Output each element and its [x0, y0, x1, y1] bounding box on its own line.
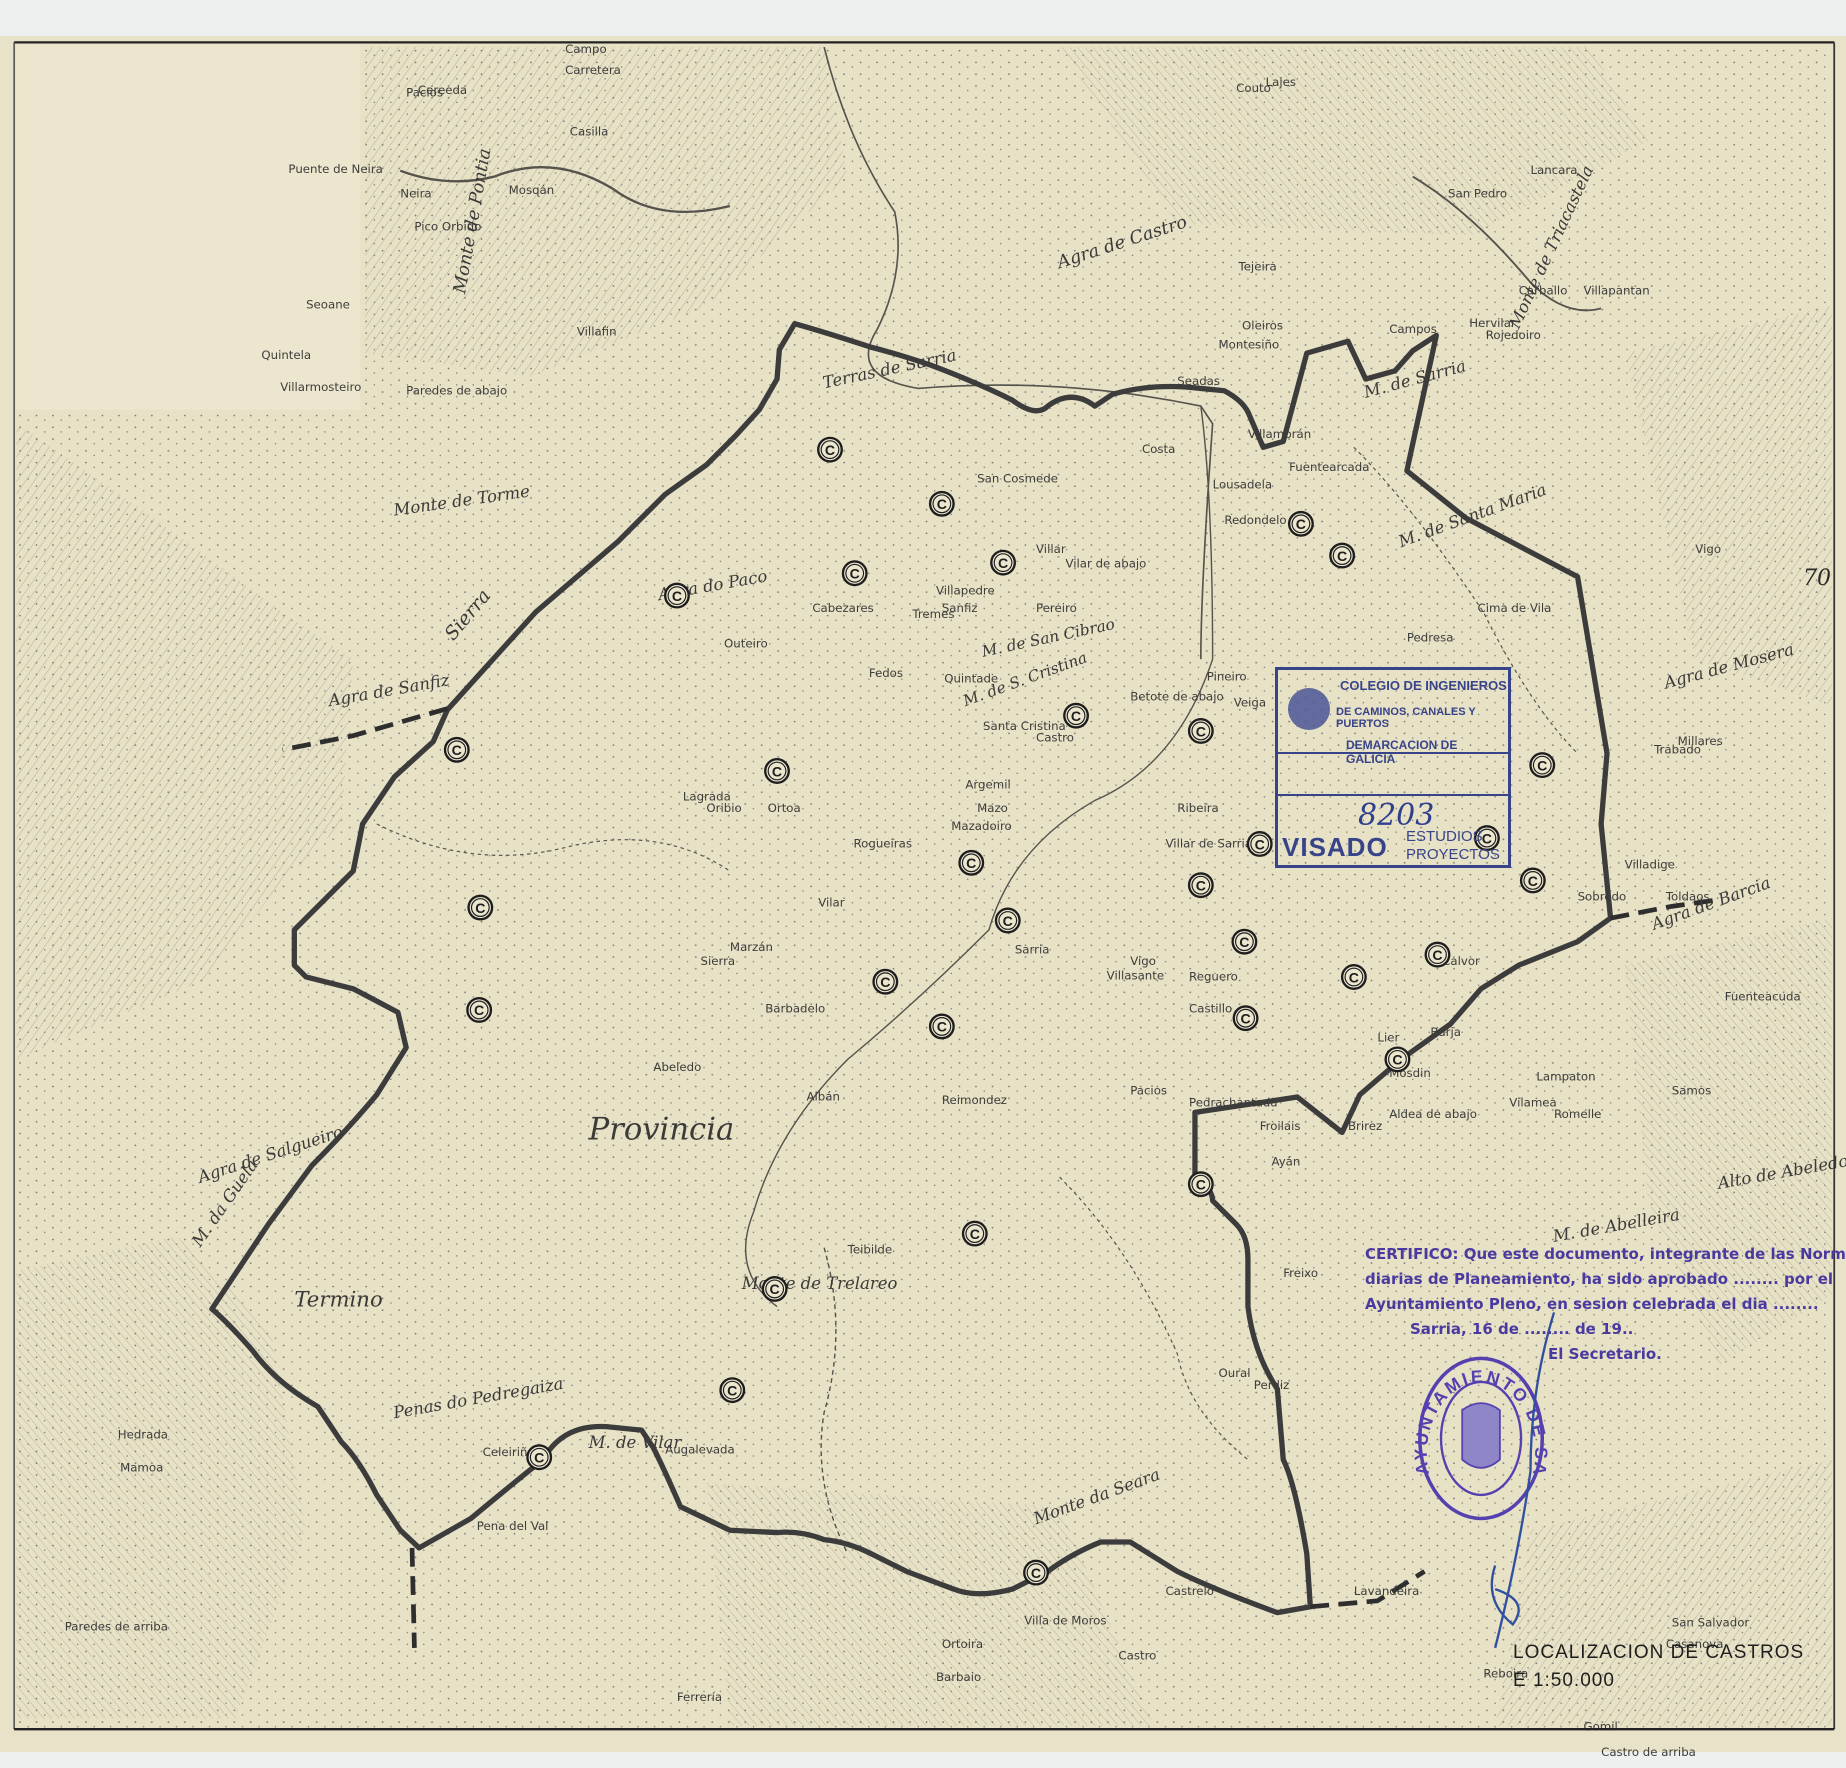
place-name: Millares — [1678, 734, 1723, 748]
certificate-line2: diarias de Planeamiento, ha sido aprobad… — [1365, 1270, 1833, 1288]
svg-text:C: C — [998, 555, 1008, 571]
castro-icon: C — [930, 1015, 954, 1039]
region-label: Provincia — [588, 1112, 735, 1147]
sheet-number: 70 — [1803, 566, 1831, 591]
place-name: Villapantan — [1583, 283, 1649, 297]
place-name: Paredes de abajo — [406, 383, 507, 397]
place-name: Rojedoiro — [1486, 328, 1541, 342]
place-name: Castillo — [1189, 1001, 1232, 1015]
place-name: Pacios — [406, 86, 443, 100]
place-name: Froilais — [1260, 1119, 1301, 1133]
place-name: Seadas — [1177, 374, 1220, 388]
castro-icon: C — [1342, 965, 1366, 989]
place-name: Vigo — [1695, 542, 1721, 556]
svg-text:C: C — [1196, 1176, 1206, 1192]
certificate-line1: CERTIFICO: Que este documento, integrant… — [1365, 1245, 1846, 1263]
place-name: Paredes de arriba — [65, 1619, 168, 1633]
place-name: Redondelo — [1224, 513, 1286, 527]
place-name: Marzán — [730, 940, 773, 954]
place-name: Mazo — [977, 801, 1008, 815]
place-name: Seoane — [306, 297, 350, 311]
place-name: Freixo — [1283, 1266, 1318, 1280]
place-name: San Salvador — [1672, 1616, 1750, 1630]
castro-icon: C — [665, 584, 689, 608]
svg-text:C: C — [1255, 836, 1265, 852]
place-name: Casilla — [570, 124, 609, 138]
coat-of-arms-icon — [1462, 1403, 1500, 1468]
svg-text:C: C — [1003, 913, 1013, 929]
place-name: Carretera — [565, 63, 621, 77]
stamp-line1: COLEGIO DE INGENIEROS — [1340, 678, 1507, 693]
castro-icon: C — [1189, 873, 1213, 897]
place-name: Villambrán — [1248, 427, 1311, 441]
colegio-emblem-icon — [1288, 688, 1330, 730]
place-name: Vilar de abajo — [1065, 556, 1146, 570]
castro-icon: C — [1064, 704, 1088, 728]
place-name: Aldea de abajo — [1389, 1107, 1477, 1121]
place-name: Lampaton — [1536, 1070, 1595, 1084]
castro-icon: C — [1248, 832, 1272, 856]
place-name: Villar de Sarria — [1166, 837, 1252, 851]
castro-icon: C — [874, 970, 898, 994]
castro-icon: C — [721, 1378, 745, 1402]
svg-text:C: C — [452, 742, 462, 758]
place-name: Fedos — [869, 666, 903, 680]
castro-icon: C — [1426, 943, 1450, 967]
stamp-estudios: ESTUDIOS — [1406, 828, 1483, 845]
castro-icon: C — [963, 1222, 987, 1246]
svg-text:C: C — [474, 1002, 484, 1018]
castro-icon: C — [1234, 1006, 1258, 1030]
place-name: Pedresa — [1407, 631, 1454, 645]
svg-text:C: C — [1337, 548, 1347, 564]
stamp-line2: DE CAMINOS, CANALES Y PUERTOS — [1336, 706, 1508, 730]
castro-icon: C — [1386, 1048, 1410, 1072]
place-name: Villadige — [1625, 858, 1675, 872]
place-name: Brirez — [1348, 1119, 1382, 1133]
place-name: Ayán — [1271, 1154, 1300, 1168]
place-name: Veiga — [1234, 695, 1266, 709]
castro-icon: C — [1024, 1561, 1048, 1585]
place-name: Castro de arriba — [1601, 1745, 1696, 1759]
place-name: Pedrachantada — [1189, 1095, 1278, 1109]
place-name: Samos — [1672, 1084, 1711, 1098]
place-name: Mazadoiro — [951, 819, 1011, 833]
place-name: Neira — [400, 187, 431, 201]
place-name: Hedrada — [118, 1427, 168, 1441]
svg-text:C: C — [1240, 1010, 1250, 1026]
svg-text:C: C — [937, 1019, 947, 1035]
place-name: Montesiño — [1219, 337, 1280, 351]
place-name: Barja — [1430, 1025, 1461, 1039]
place-name: Outeiro — [724, 636, 768, 650]
place-name: Puente de Neira — [288, 162, 382, 176]
place-name: Romelle — [1554, 1107, 1601, 1121]
svg-text:C: C — [1071, 708, 1081, 724]
castro-icon: C — [1530, 753, 1554, 777]
certificate-line3: Ayuntamiento Pleno, en sesion celebrada … — [1365, 1295, 1819, 1313]
certificate-line4: Sarria, 16 de ........ de 19.. — [1410, 1320, 1633, 1338]
place-name: Lier — [1377, 1031, 1399, 1045]
map-scale: E 1:50.000 — [1513, 1670, 1615, 1692]
place-name: Cabezares — [812, 601, 873, 615]
map-canvas: CereedaPuente de NeiraNeiraMosqánPico Or… — [0, 0, 1846, 1768]
castro-icon: C — [1233, 930, 1257, 954]
castro-icon: C — [763, 1277, 787, 1301]
place-name: Ortoa — [768, 801, 801, 815]
place-name: Quintela — [261, 348, 311, 362]
place-name: Vigo — [1130, 954, 1156, 968]
place-name: Pineiro — [1207, 669, 1247, 683]
svg-text:C: C — [970, 1226, 980, 1242]
svg-text:C: C — [825, 442, 835, 458]
place-name: Sobredo — [1578, 889, 1627, 903]
castro-icon: C — [818, 438, 842, 462]
svg-text:C: C — [475, 900, 485, 916]
svg-text:C: C — [937, 496, 947, 512]
svg-text:C: C — [772, 763, 782, 779]
place-name: Ribeira — [1177, 801, 1218, 815]
svg-text:C: C — [1296, 516, 1306, 532]
place-name: Castro — [1118, 1649, 1156, 1663]
place-name: Castro — [1036, 731, 1074, 745]
place-name: Cima de Vila — [1478, 601, 1552, 615]
castro-icon: C — [527, 1445, 551, 1469]
certificate-line5: El Secretario. — [1548, 1345, 1662, 1363]
place-name: Oural — [1219, 1366, 1251, 1380]
svg-text:C: C — [534, 1450, 544, 1466]
place-name: Mosqán — [509, 183, 555, 197]
place-name: Villapedre — [936, 583, 995, 597]
place-name: Reguero — [1189, 970, 1238, 984]
place-name: Villar — [1036, 542, 1066, 556]
place-name: Villafin — [577, 324, 617, 338]
stamp-proyectos: PROYECTOS — [1406, 846, 1500, 863]
place-name: Mamoa — [120, 1460, 163, 1474]
svg-text:C: C — [1239, 934, 1249, 950]
castro-icon: C — [1289, 512, 1313, 536]
castro-icon: C — [843, 561, 867, 585]
place-name: Pacios — [1130, 1084, 1167, 1098]
place-name: Tejeira — [1238, 260, 1277, 274]
stamp-visado: VISADO — [1282, 832, 1388, 863]
svg-text:C: C — [1528, 873, 1538, 889]
place-name: Argemil — [965, 778, 1010, 792]
castro-icon: C — [445, 738, 469, 762]
castro-icon: C — [1330, 544, 1354, 568]
place-name: Castrelo — [1166, 1584, 1214, 1598]
place-name: Reimondez — [942, 1093, 1007, 1107]
place-name: Pereiro — [1036, 601, 1077, 615]
castro-icon: C — [1189, 719, 1213, 743]
place-name: Ferrería — [677, 1690, 722, 1704]
place-name: Rogueiras — [854, 837, 912, 851]
place-name: Vilar — [818, 895, 845, 909]
castro-icon: C — [467, 998, 491, 1022]
svg-text:C: C — [880, 974, 890, 990]
place-name: Fuenteacuda — [1725, 990, 1801, 1004]
region-label: Termino — [294, 1287, 382, 1312]
place-name: Lancara — [1530, 163, 1577, 177]
place-name: Sierra — [700, 954, 735, 968]
place-name: Ortoira — [942, 1637, 983, 1651]
svg-text:C: C — [672, 588, 682, 604]
castro-icon: C — [469, 896, 493, 920]
place-name: Vilamea — [1509, 1095, 1556, 1109]
place-name: Barbadelo — [765, 1001, 825, 1015]
place-name: Villarmosteiro — [280, 380, 361, 394]
svg-text:C: C — [850, 566, 860, 582]
castro-icon: C — [991, 551, 1015, 575]
svg-text:C: C — [1196, 723, 1206, 739]
svg-text:C: C — [1349, 969, 1359, 985]
place-name: Betote de abajo — [1130, 689, 1224, 703]
place-name: Sarria — [1015, 942, 1050, 956]
region-label: M. de Vilar — [588, 1433, 683, 1452]
castro-icon: C — [930, 492, 954, 516]
place-name: Villasante — [1107, 968, 1164, 982]
place-name: Teibilde — [847, 1243, 892, 1257]
place-name: Barbaio — [936, 1670, 981, 1684]
castro-icon: C — [1521, 869, 1545, 893]
place-name: Oribio — [706, 801, 741, 815]
place-name: Lousadela — [1213, 477, 1273, 491]
place-name: Albán — [806, 1090, 839, 1104]
svg-text:C: C — [1537, 757, 1547, 773]
castro-icon: C — [765, 759, 789, 783]
place-name: Campos — [1389, 322, 1437, 336]
place-name: Perdiz — [1254, 1378, 1289, 1392]
svg-text:C: C — [1031, 1565, 1041, 1581]
place-name: Abeledo — [653, 1060, 701, 1074]
svg-text:C: C — [727, 1382, 737, 1398]
place-name: Fuentearcada — [1289, 460, 1369, 474]
place-name: San Pedro — [1448, 187, 1507, 201]
svg-text:C: C — [1392, 1052, 1402, 1068]
castro-icon: C — [959, 851, 983, 875]
place-name: Lajes — [1266, 75, 1296, 89]
place-name: Gomil — [1583, 1719, 1617, 1733]
place-name: San Cosmede — [977, 472, 1058, 486]
castro-icon: C — [1189, 1172, 1213, 1196]
colegio-stamp: COLEGIO DE INGENIEROS DE CAMINOS, CANALE… — [1275, 667, 1511, 868]
place-name: Oleiros — [1242, 319, 1283, 333]
place-name: Costa — [1142, 442, 1175, 456]
svg-text:C: C — [1196, 877, 1206, 893]
castro-icon: C — [996, 909, 1020, 933]
place-name: Pena del Val — [477, 1519, 549, 1533]
place-name: Campo — [565, 42, 607, 56]
place-name: Lavandeira — [1354, 1584, 1419, 1598]
svg-text:C: C — [1432, 947, 1442, 963]
place-name: Villa de Moros — [1024, 1613, 1106, 1627]
svg-text:C: C — [770, 1281, 780, 1297]
svg-text:C: C — [966, 855, 976, 871]
place-name: Tremes — [911, 607, 954, 621]
map-title: LOCALIZACION DE CASTROS — [1513, 1642, 1804, 1664]
